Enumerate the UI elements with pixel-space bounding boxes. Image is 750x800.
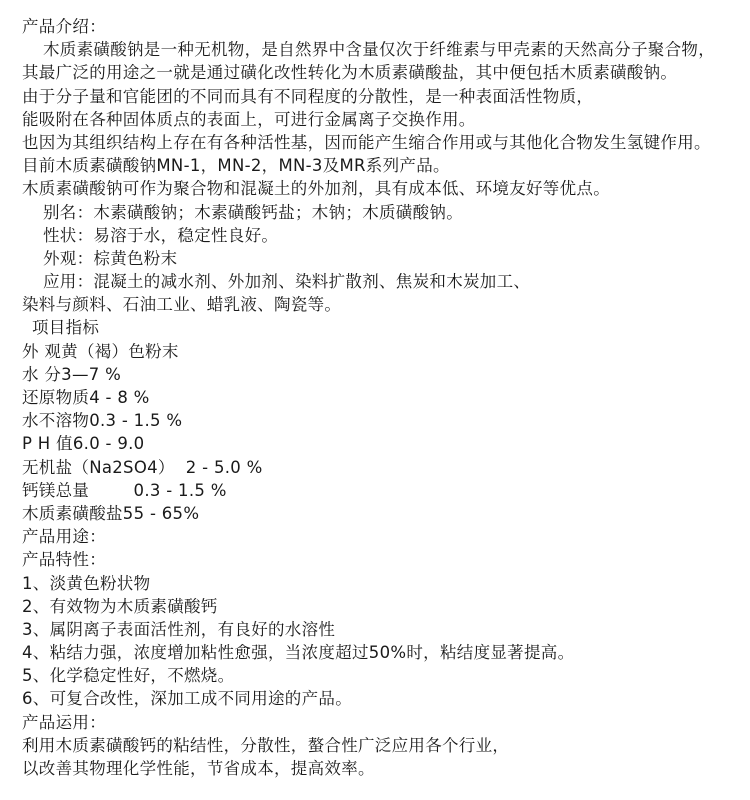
- spec-item-lignosulfonate: 木质素磺酸盐55 - 65%: [22, 502, 742, 525]
- feature-item: 2、有效物为木质素磺酸钙: [22, 595, 742, 618]
- application-line: 利用木质素磺酸钙的粘结性，分散性，螯合性广泛应用各个行业，: [22, 734, 742, 757]
- application-heading: 产品运用：: [22, 711, 742, 734]
- intro-paragraph-line: 木质素磺酸钠是一种无机物，是自然界中含量仅次于纤维素与甲壳素的天然高分子聚合物，: [22, 38, 742, 61]
- feature-item: 6、可复合改性，深加工成不同用途的产品。: [22, 687, 742, 710]
- spec-item-reducing-matter: 还原物质4 - 8 %: [22, 386, 742, 409]
- specs-heading: 项目指标: [22, 316, 742, 339]
- intro-paragraph-line: 也因为其组织结构上存在有各种活性基，因而能产生缩合作用或与其他化合物发生氢键作用…: [22, 131, 742, 154]
- property-application-continued: 染料与颜料、石油工业、蜡乳液、陶瓷等。: [22, 293, 742, 316]
- intro-paragraph-line: 其最广泛的用途之一就是通过磺化改性转化为木质素磺酸盐，其中便包括木质素磺酸钠。: [22, 61, 742, 84]
- spec-item-insoluble: 水不溶物0.3 - 1.5 %: [22, 409, 742, 432]
- property-alias: 别名：木素磺酸钠；木素磺酸钙盐；木钠；木质磺酸钠。: [22, 201, 742, 224]
- intro-heading: 产品介绍：: [22, 15, 742, 38]
- usage-heading: 产品用途：: [22, 525, 742, 548]
- property-character: 性状：易溶于水，稳定性良好。: [22, 224, 742, 247]
- features-heading: 产品特性：: [22, 548, 742, 571]
- spec-item-moisture: 水 分3—7 %: [22, 363, 742, 386]
- feature-item: 4、粘结力强，浓度增加粘性愈强，当浓度超过50%时，粘结度显著提高。: [22, 641, 742, 664]
- product-document: 产品介绍： 木质素磺酸钠是一种无机物，是自然界中含量仅次于纤维素与甲壳素的天然高…: [22, 15, 742, 780]
- spec-item-inorganic-salt: 无机盐（Na2SO4） 2 - 5.0 %: [22, 456, 742, 479]
- intro-paragraph-line: 能吸附在各种固体质点的表面上，可进行金属离子交换作用。: [22, 108, 742, 131]
- feature-item: 5、化学稳定性好，不燃烧。: [22, 664, 742, 687]
- spec-item-ph: P H 值6.0 - 9.0: [22, 432, 742, 455]
- feature-item: 1、淡黄色粉状物: [22, 572, 742, 595]
- intro-paragraph-line: 由于分子量和官能团的不同而具有不同程度的分散性，是一种表面活性物质，: [22, 85, 742, 108]
- intro-paragraph-line: 目前木质素磺酸钠MN-1，MN-2，MN-3及MR系列产品。: [22, 154, 742, 177]
- application-line: 以改善其物理化学性能，节省成本，提高效率。: [22, 757, 742, 780]
- feature-item: 3、属阴离子表面活性剂，有良好的水溶性: [22, 618, 742, 641]
- property-application: 应用：混凝土的减水剂、外加剂、染料扩散剂、焦炭和木炭加工、: [22, 270, 742, 293]
- property-appearance: 外观：棕黄色粉末: [22, 247, 742, 270]
- spec-item-appearance: 外 观黄（褐）色粉末: [22, 340, 742, 363]
- intro-paragraph-line: 木质素磺酸钠可作为聚合物和混凝土的外加剂，具有成本低、环境友好等优点。: [22, 177, 742, 200]
- spec-item-calcium-magnesium: 钙镁总量 0.3 - 1.5 %: [22, 479, 742, 502]
